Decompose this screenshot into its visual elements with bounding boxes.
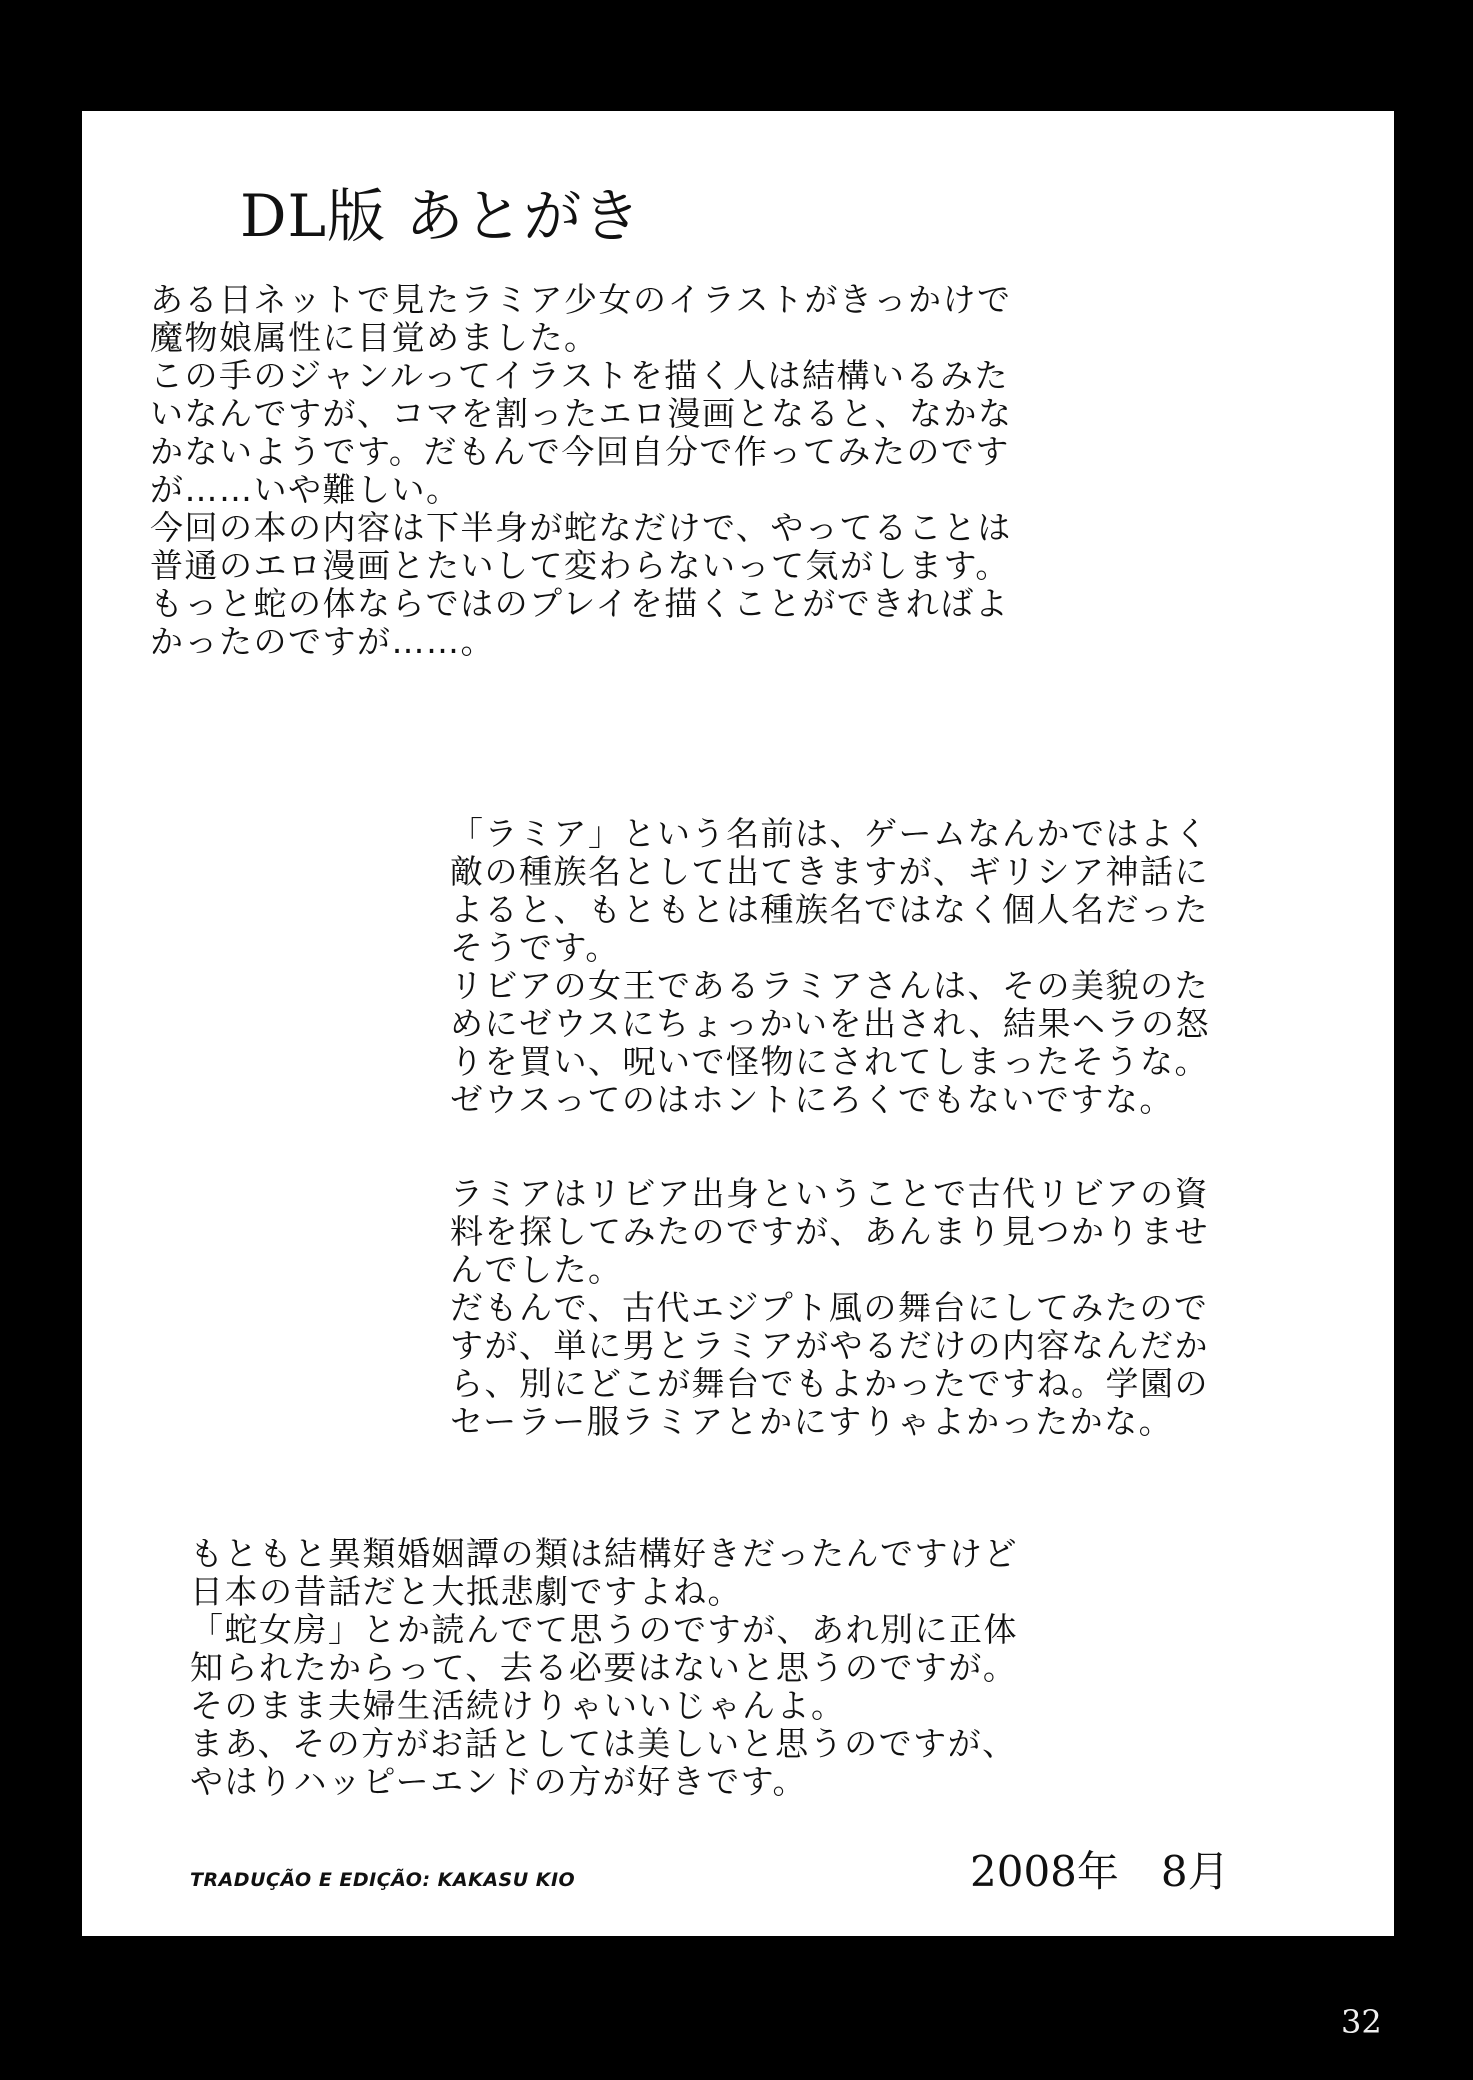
text-line: ある日ネットで見たラミア少女のイラストがきっかけで [150,281,1013,319]
text-line: 知られたからって、去る必要はないと思うのですが。 [190,1649,1018,1687]
text-line: 今回の本の内容は下半身が蛇なだけで、やってることは [150,509,1013,547]
text-line: いなんですが、コマを割ったエロ漫画となると、なかな [150,395,1013,433]
text-line: だもんで、古代エジプト風の舞台にしてみたので [450,1289,1209,1327]
text-line: まあ、その方がお話としては美しいと思うのですが、 [190,1725,1018,1763]
text-line: やはりハッピーエンドの方が好きです。 [190,1763,1018,1801]
text-line: 魔物娘属性に目覚めました。 [150,319,1013,357]
text-line: この手のジャンルってイラストを描く人は結構いるみた [150,357,1013,395]
text-line: そうです。 [450,929,1210,967]
text-line: んでした。 [450,1251,1209,1289]
text-line: 日本の昔話だと大抵悲劇ですよね。 [190,1573,1018,1611]
date-label: 2008年 8月 [970,1846,1230,1898]
text-line: かったのですが……。 [150,623,1013,661]
text-line: 料を探してみたのですが、あんまり見つかりませ [450,1213,1209,1251]
translation-credit: Tradução e edição: Kakasu Kio [190,1868,575,1892]
text-line: が……いや難しい。 [150,471,1013,509]
page-title: DL版 あとがき [240,181,641,251]
text-line: よると、もともとは種族名ではなく個人名だった [450,891,1210,929]
text-line: 敵の種族名として出てきますが、ギリシア神話に [450,853,1210,891]
text-line: リビアの女王であるラミアさんは、その美貌のた [450,967,1210,1005]
text-line: ゼウスってのはホントにろくでもないですな。 [450,1081,1210,1119]
afterword-paragraph-1: ある日ネットで見たラミア少女のイラストがきっかけで 魔物娘属性に目覚めました。 … [150,281,1013,661]
afterword-paragraph-3: ラミアはリビア出身ということで古代リビアの資 料を探してみたのですが、あんまり見… [450,1175,1209,1441]
text-line: りを買い、呪いで怪物にされてしまったそうな。 [450,1043,1210,1081]
text-line: もともと異類婚姻譚の類は結構好きだったんですけど [190,1535,1018,1573]
text-line: 「ラミア」という名前は、ゲームなんかではよく [450,815,1210,853]
text-line: セーラー服ラミアとかにすりゃよかったかな。 [450,1403,1209,1441]
text-line: 普通のエロ漫画とたいして変わらないって気がします。 [150,547,1013,585]
page-number: 32 [1341,2003,1382,2041]
text-line: そのまま夫婦生活続けりゃいいじゃんよ。 [190,1687,1018,1725]
text-line: めにゼウスにちょっかいを出され、結果ヘラの怒 [450,1005,1210,1043]
afterword-paragraph-2: 「ラミア」という名前は、ゲームなんかではよく 敵の種族名として出てきますが、ギリ… [450,815,1210,1119]
text-line: 「蛇女房」とか読んでて思うのですが、あれ別に正体 [190,1611,1018,1649]
afterword-paragraph-4: もともと異類婚姻譚の類は結構好きだったんですけど 日本の昔話だと大抵悲劇ですよね… [190,1535,1018,1801]
text-line: かないようです。だもんで今回自分で作ってみたのです [150,433,1013,471]
text-line: ら、別にどこが舞台でもよかったですね。学園の [450,1365,1209,1403]
text-line: すが、単に男とラミアがやるだけの内容なんだか [450,1327,1209,1365]
manga-page: DL版 あとがき ある日ネットで見たラミア少女のイラストがきっかけで 魔物娘属性… [82,111,1394,1936]
text-line: ラミアはリビア出身ということで古代リビアの資 [450,1175,1209,1213]
text-line: もっと蛇の体ならではのプレイを描くことができればよ [150,585,1013,623]
